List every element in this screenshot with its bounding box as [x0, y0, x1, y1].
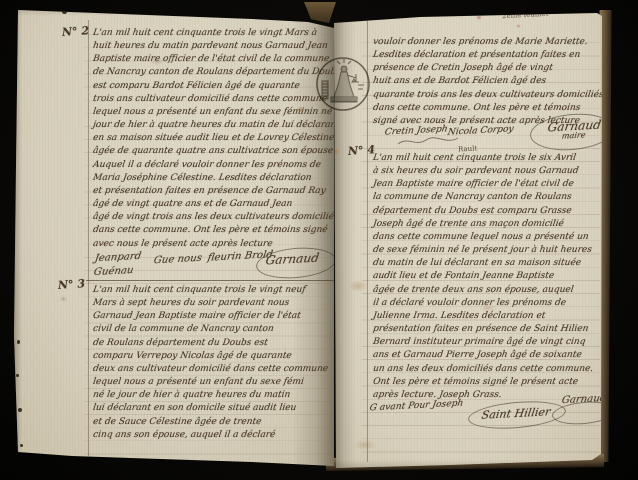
- paper-stain: [476, 15, 482, 20]
- act-2-text: L'an mil huit cent cinquante trois le vi…: [92, 27, 340, 251]
- edge-speck: [62, 10, 67, 14]
- paper-stain: [516, 24, 521, 28]
- act-number-2: N° 2: [62, 24, 90, 39]
- edge-speck: [17, 340, 20, 344]
- edge-speck: [16, 374, 19, 377]
- margin-rule-line: [88, 20, 89, 456]
- edge-speck: [20, 444, 23, 447]
- register-scan-photo: N° 2 L'an mil huit cent cinquante trois …: [0, 0, 638, 480]
- act-4-text: L'an mil huit cent cinquante trois le si…: [372, 152, 592, 402]
- entry-separator-line: [86, 280, 334, 281]
- act-3-text: L'an mil huit cent cinquante trois le vi…: [92, 284, 327, 442]
- signature: Gue nous: [153, 253, 203, 266]
- right-page: 2ème feuillet vouloir donner les prénoms…: [330, 4, 612, 472]
- signature-flourish: [396, 134, 460, 148]
- signature: Jeanpard: [94, 251, 142, 264]
- page-shading: [12, 6, 334, 16]
- paper-stain: [60, 296, 67, 302]
- edge-speck: [18, 408, 22, 412]
- signature: Guénau: [93, 265, 134, 278]
- page-shading: [330, 4, 612, 14]
- paper-stain: [348, 280, 368, 292]
- binding-spine: [304, 2, 336, 23]
- paper-stain: [354, 440, 376, 450]
- folio-annotation: 2ème feuillet: [502, 10, 549, 20]
- left-page: N° 2 L'an mil huit cent cinquante trois …: [12, 6, 334, 466]
- act-number-3: N° 3: [58, 277, 86, 292]
- page-shading: [12, 6, 22, 466]
- timbre-seal-stamp: [314, 55, 372, 113]
